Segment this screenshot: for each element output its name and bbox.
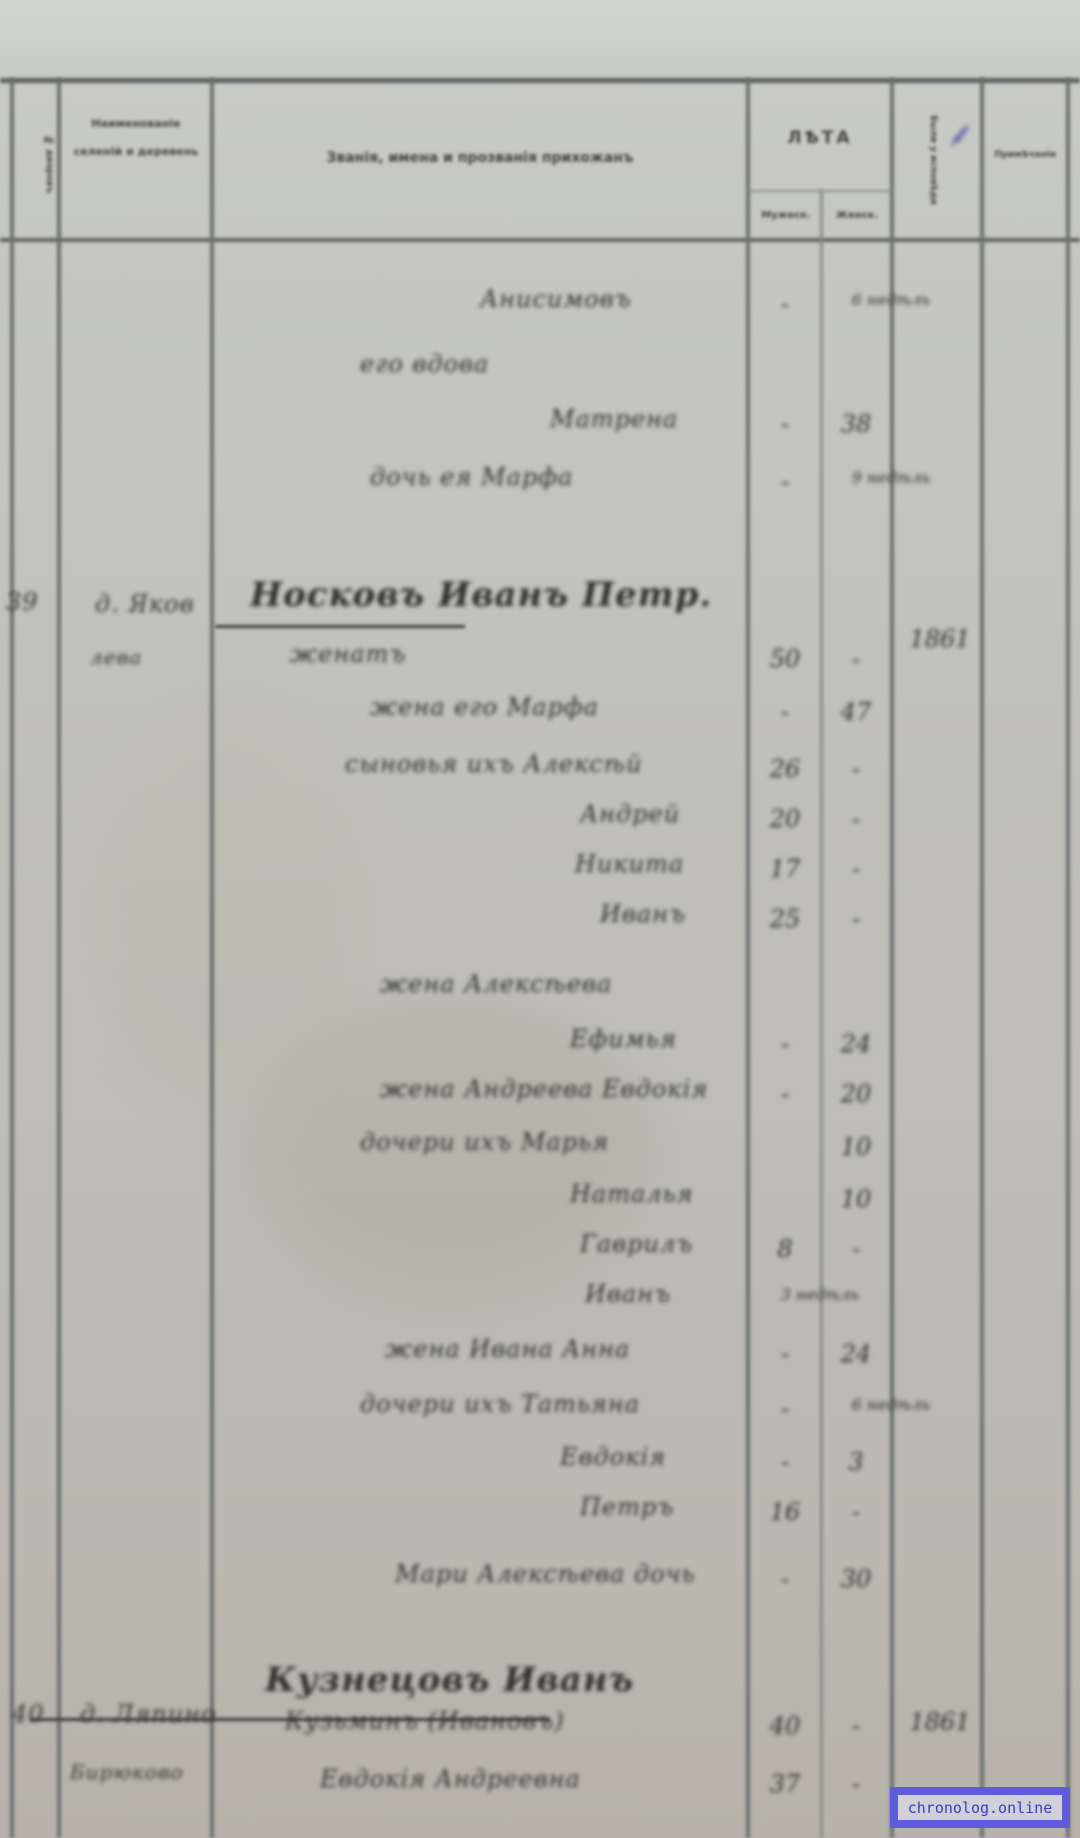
entry-name: его вдова (360, 350, 489, 378)
age-female: - (826, 1498, 886, 1526)
age-male: 40 (755, 1712, 815, 1740)
entry-name: жена Алексѣева (380, 970, 612, 998)
age-female: 24 (826, 1030, 886, 1058)
age-male: - (755, 1565, 815, 1593)
age-male: 8 (755, 1235, 815, 1263)
table-top-border (0, 78, 1080, 83)
paper-stain (80, 700, 380, 1100)
age-female: - (826, 1770, 886, 1798)
age-male: - (755, 698, 815, 726)
age-female: 3 (826, 1448, 886, 1476)
village-name: д. Яков (95, 590, 195, 618)
household-number: 39 (6, 588, 39, 616)
column-border (820, 190, 823, 1838)
entry-name: Кузнецовъ Иванъ (265, 1660, 634, 1700)
column-border (746, 78, 750, 1838)
header-ages: ЛѢТА (752, 128, 888, 148)
entry-name: Андрей (580, 800, 680, 828)
age-male: - (755, 1448, 815, 1476)
entry-name: Ефимья (570, 1025, 677, 1053)
watermark-panel: chronolog.online (898, 1795, 1062, 1820)
entry-name: женатъ (290, 640, 406, 668)
header-household-no: № дворовъ (18, 110, 54, 220)
age-male: 16 (755, 1498, 815, 1526)
entry-name: Никита (575, 850, 684, 878)
header-names: Званія, имена и прозванія прихожанъ (220, 150, 740, 166)
ink-mark: ⸙ (945, 110, 971, 156)
age-female: - (826, 755, 886, 783)
age-female: - (826, 905, 886, 933)
column-border (10, 78, 14, 1838)
entry-name: Петръ (580, 1493, 674, 1521)
age-female: 10 (826, 1133, 886, 1161)
age-male: - (755, 1030, 815, 1058)
year-mark: 1861 (905, 625, 975, 653)
year-mark: 1861 (905, 1708, 975, 1736)
watermark: chronolog.online (890, 1787, 1070, 1828)
age-female: 9 недѣль (826, 468, 956, 487)
entry-name: жена Андреева Евдокія (380, 1075, 708, 1103)
entry-name: жена его Марфа (370, 693, 599, 721)
column-border (980, 78, 984, 1838)
entry-name: дочери ихъ Татьяна (360, 1390, 640, 1418)
age-male: 50 (755, 645, 815, 673)
entry-name: Евдокія (560, 1443, 666, 1471)
watermark-text: chronolog.online (908, 1799, 1053, 1817)
age-female: 38 (826, 410, 886, 438)
age-female: 6 недѣль (826, 290, 956, 309)
village-name-line2: Бирюково (70, 1760, 184, 1784)
age-female: - (826, 805, 886, 833)
age-male: 26 (755, 755, 815, 783)
age-female: 30 (826, 1565, 886, 1593)
entry-name: Анисимовъ (480, 285, 632, 313)
age-male: - (755, 468, 815, 496)
age-female: 24 (826, 1340, 886, 1368)
entry-name: Наталья (570, 1180, 694, 1208)
age-female: - (826, 1712, 886, 1740)
entry-name: Кузьминъ (Ивановъ) (285, 1707, 565, 1735)
village-name: д. Ляпино (80, 1700, 217, 1728)
village-name-line2: лева (90, 645, 142, 669)
entry-name: Иванъ (585, 1280, 671, 1308)
column-border (1066, 78, 1070, 1838)
age-male: - (755, 410, 815, 438)
age-male: - (755, 1340, 815, 1368)
age-male: 25 (755, 905, 815, 933)
age-male: - (755, 1080, 815, 1108)
column-border (57, 78, 61, 1838)
age-female: 20 (826, 1080, 886, 1108)
header-age-female: Женск. (824, 210, 890, 221)
age-female: - (826, 645, 886, 673)
household-number: 40 (12, 1700, 45, 1728)
entry-name: Носковъ Иванъ Петр. (250, 575, 712, 615)
header-age-male: Мужеск. (752, 210, 820, 221)
age-male: 20 (755, 805, 815, 833)
paper-top-margin (0, 0, 1080, 78)
age-female: - (826, 855, 886, 883)
entry-name: дочери ихъ Марья (360, 1128, 609, 1156)
entry-name: Матрена (550, 405, 678, 433)
age-male: - (755, 290, 815, 318)
age-male: 3 недѣль (755, 1285, 885, 1304)
age-female: 47 (826, 698, 886, 726)
entry-name: Гаврилъ (580, 1230, 693, 1258)
entry-name: жена Ивана Анна (385, 1335, 630, 1363)
entry-name: Иванъ (600, 900, 686, 928)
header-confession: Были у исповѣди (898, 100, 938, 220)
age-female: - (826, 1235, 886, 1263)
column-border (210, 78, 214, 1838)
entry-name: дочь ея Марфа (370, 463, 573, 491)
header-notes: Примѣчанія (986, 150, 1064, 160)
surname-underline (215, 625, 465, 628)
age-male: - (755, 1395, 815, 1423)
header-village: Наименованіе селеній и деревень (66, 110, 206, 166)
entry-name: Евдокія Андреевна (320, 1765, 581, 1793)
header-bottom-border (0, 238, 1080, 242)
age-male: 17 (755, 855, 815, 883)
age-male: 37 (755, 1770, 815, 1798)
age-female: 6 недѣль (826, 1395, 956, 1414)
age-female: 10 (826, 1185, 886, 1213)
column-border (890, 78, 894, 1838)
entry-name: Мари Алексѣева дочь (395, 1560, 696, 1588)
entry-name: сыновья ихъ Алексѣй (345, 750, 642, 778)
